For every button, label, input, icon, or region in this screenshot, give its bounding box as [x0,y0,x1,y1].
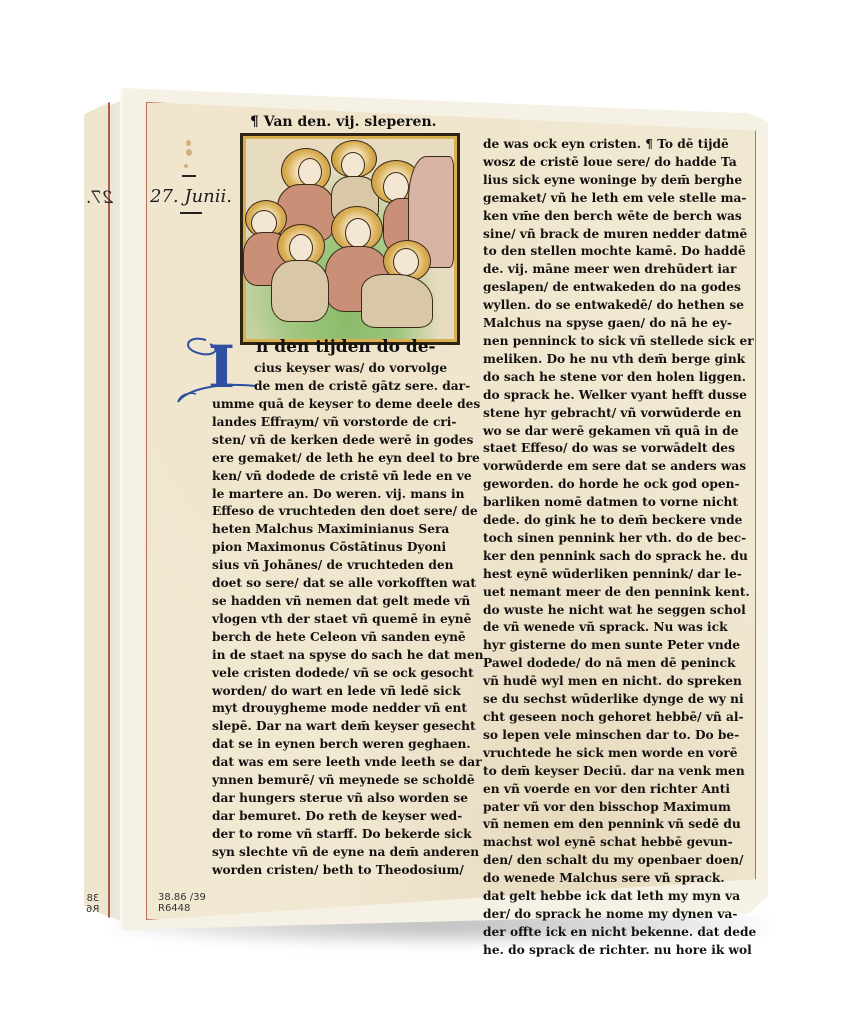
seven-sleepers-woodcut [240,133,460,345]
text-line: den/ den schalt du my openbaer doen/ [483,852,756,870]
marginal-date-note: 27. Junii. [150,186,232,207]
text-line: landes Effraym/ vñ vorstorde de cri- [212,414,483,432]
text-line: wosz de cristē loue sere/ do hadde Ta [483,154,756,172]
text-line: geworden. do horde he ock god open- [483,476,756,494]
text-line: doet so sere/ dat se alle vorkofften wat [212,575,483,593]
text-line: he. do sprack de richter. nu hore ik wol [483,942,756,960]
text-line: gemaket/ vñ he leth em vele stelle ma- [483,190,756,208]
inventory-number: 38.86 /39 R6448 [158,892,206,914]
text-line: de was ock eyn cristen. ¶ To dē tijdē [483,136,756,154]
ink-stain [186,149,192,156]
sleeper-face [341,152,365,178]
text-line: umme quā de keyser to deme deele des [212,396,483,414]
right-column-body: de was ock eyn cristen. ¶ To dē tijdē wo… [483,136,756,960]
text-line: ker den pennink sach do sprack he. du [483,548,756,566]
text-line: dar bemuret. Do reth de keyser wed- [212,808,483,826]
text-line: so lepen vele minschen dar to. Do be- [483,727,756,745]
text-line: worden/ do wart en lede vñ ledē sick [212,683,483,701]
sleeper-robe [361,274,433,328]
text-line: en vñ voerde en vor den richter Anti [483,781,756,799]
text-line: do sprack he. Welker vyant hefft dusse [483,387,756,405]
text-line: se hadden vñ nemen dat gelt mede vñ [212,593,483,611]
ink-stain [184,164,188,168]
text-line: dar hungers sterue vñ also worden se [212,790,483,808]
text-line: dat gelt hebbe ick dat leth my myn va [483,888,756,906]
text-line: ere gemaket/ de leth he eyn deel to bre [212,450,483,468]
text-line: myt drouygheme mode nedder vñ ent [212,700,483,718]
chapter-heading: ¶ Van den. vij. sleperen. [250,114,437,130]
text-line: dat se in eynen berch weren geghaen. [212,736,483,754]
sleeper-face [298,158,322,186]
text-line: se du sechst wūderlike dynge de wy ni [483,691,756,709]
text-line: der/ do sprack he nome my dynen va- [483,906,756,924]
inventory-line1: 38.86 /39 [158,892,206,903]
text-line: de men de cristē gātz sere. dar- [254,378,470,396]
side-inventory-line2: R6 [86,904,99,915]
text-line: cius keyser was/ do vorvolge [254,360,470,378]
canvas-side-print [84,102,110,918]
text-line: ynnen bemurē/ vñ meynede se scholdē [212,772,483,790]
text-line: vñ nemen em den pennink vñ sedē du [483,816,756,834]
text-line: sten/ vñ de kerken dede werē in godes [212,432,483,450]
text-line: uet nemant meer de den pennink kent. [483,584,756,602]
text-line: do wuste he nicht wat he seggen schol [483,602,756,620]
text-line: toch sinen pennink her vth. do de bec- [483,530,756,548]
text-line: Effeso de vruchteden den doet sere/ de [212,503,483,521]
text-line: sius vñ Johānes/ de vruchteden den [212,557,483,575]
text-line: barliken nomē datmen to vorne nicht [483,494,756,512]
drop-cap-initial: I [208,338,235,396]
text-line: staet Effeso/ do was se vorwādelt des [483,440,756,458]
text-line: machst wol eynē schat hebbē gevun- [483,834,756,852]
sleeper-face [393,248,419,276]
text-line: ken/ vñ dodede de cristē vñ lede en ve [212,468,483,486]
ink-stain [186,140,191,146]
text-line: vorwūderde em sere dat se anders was [483,458,756,476]
text-line: hest eynē wūderliken pennink/ dar le- [483,566,756,584]
text-line: geslapen/ de entwakeden do na godes [483,279,756,297]
text-line: wyllen. do se entwakedē/ do hethen se [483,297,756,315]
side-inventory-line1: 38 [86,893,99,904]
text-line: heten Malchus Maximinianus Sera [212,521,483,539]
text-line: sine/ vñ brack de muren nedder datmē [483,226,756,244]
marginal-dash [182,175,196,177]
text-line: de. vij. māne meer wen drehūdert iar [483,261,756,279]
side-edge-inventory: 38 R6 [86,893,99,915]
text-line: do wenede Malchus sere vñ sprack. [483,870,756,888]
text-line: to den stellen mochte kamē. Do haddē [483,243,756,261]
text-line: vñ hudē wyl men en nicht. do spreken [483,673,756,691]
text-line: to dem̄ keyser Deciū. dar na venk men [483,763,756,781]
text-line: wo se dar werē gekamen vñ quā in de [483,423,756,441]
text-line: berch de hete Celeon vñ sanden eynē [212,629,483,647]
sleeper-face [345,218,371,248]
text-line: vruchtede he sick men worde en vorē [483,745,756,763]
left-column-body: umme quā de keyser to deme deele des lan… [212,396,483,879]
left-column-first-line: n den tijden do de- [256,336,436,358]
text-line: vlogen vth der staet vñ quemē in eynē [212,611,483,629]
text-line: pater vñ vor den bisschop Maximum [483,799,756,817]
text-line: dede. do gink he to dem̄ beckere vnde [483,512,756,530]
text-line: vele cristen dodede/ vñ se ock gesocht [212,665,483,683]
text-line: do sach he stene vor den holen liggen. [483,369,756,387]
text-line: Pawel dodede/ do nā men dē peninck [483,655,756,673]
text-line: stene hyr gebracht/ vñ vorwūderde en [483,405,756,423]
left-column-indented: cius keyser was/ do vorvolge de men de c… [254,360,470,396]
text-line: meliken. Do he nu vth dem̄ berge gink [483,351,756,369]
marginal-underline [180,212,202,214]
text-line: de vñ wenede vñ sprack. Nu was ick [483,619,756,637]
inventory-line2: R6448 [158,903,206,914]
sleeper-robe [271,260,329,322]
text-line: nen penninck to sick vñ stellede sick er [483,333,756,351]
text-line: le martere an. Do weren. vij. mans in [212,486,483,504]
text-line: worden cristen/ beth to Theodosium/ [212,862,483,880]
text-line: Malchus na spyse gaen/ do nā he ey- [483,315,756,333]
sleeper-face [289,234,313,262]
text-line: lius sick eyne woninge by dem̄ berghe [483,172,756,190]
canvas-edge-highlight [120,88,123,930]
text-line: der to rome vñ starff. Do bekerde sick [212,826,483,844]
text-line: dat was em sere leeth vnde leeth se dar [212,754,483,772]
side-edge-marginal-note: 27. [86,188,113,208]
text-line: der offte ick en nicht bekenne. dat dede [483,924,756,942]
text-line: in de staet na spyse do sach he dat men [212,647,483,665]
text-line: cht geseen noch gehoret hebbē/ vñ al- [483,709,756,727]
text-line: ken vm̄e den berch wēte de berch was [483,208,756,226]
text-line: pion Maximonus Cōstātinus Dyoni [212,539,483,557]
text-line: slepē. Dar na wart dem̄ keyser gesecht [212,718,483,736]
text-line: syn slechte vñ de eyne na dem̄ anderen [212,844,483,862]
text-line: hyr gisterne do men sunte Peter vnde [483,637,756,655]
